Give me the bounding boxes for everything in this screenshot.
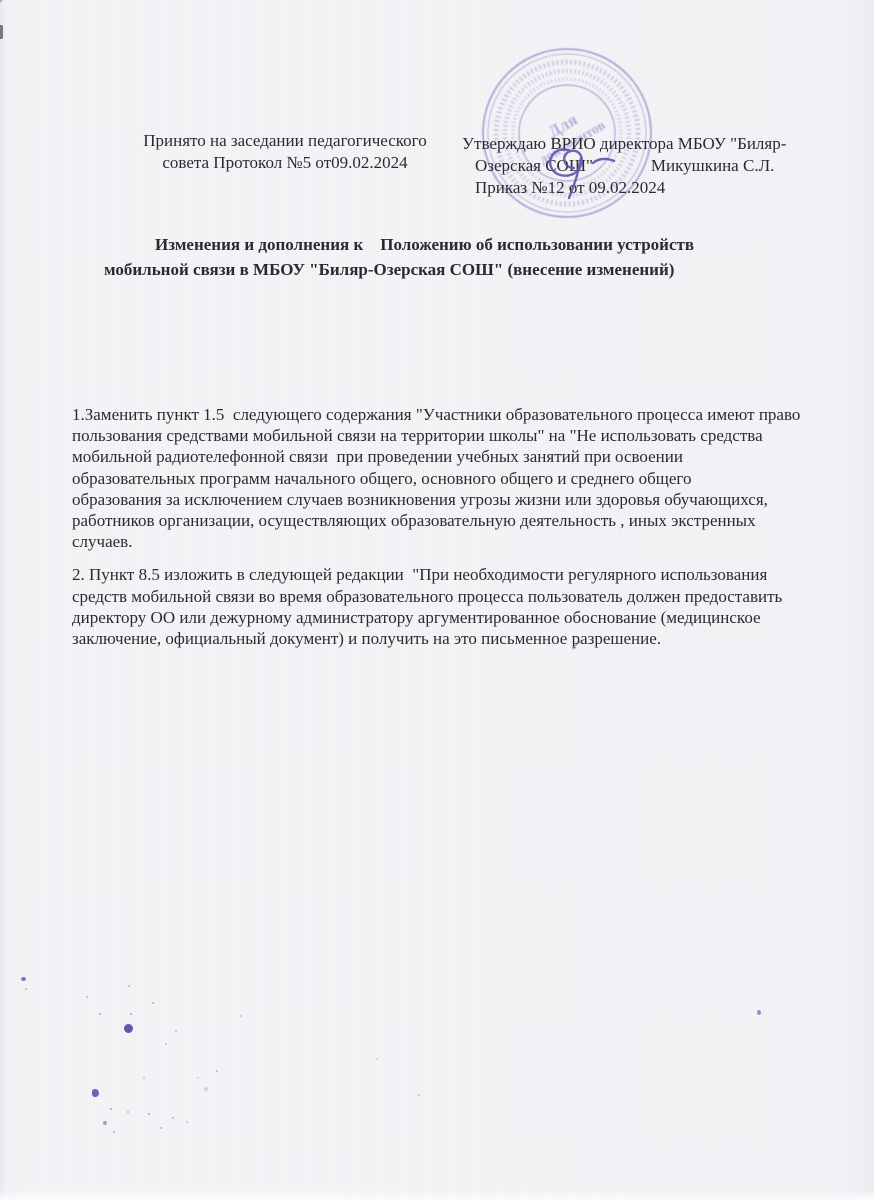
director-signature-icon bbox=[541, 144, 643, 202]
paragraph2-line: заключение, официальный документ) и полу… bbox=[72, 628, 828, 649]
paragraph1-line: работников организации, осуществляющих о… bbox=[72, 510, 828, 531]
paragraph-1: 1.Заменить пункт 1.5 следующего содержан… bbox=[72, 404, 828, 552]
paragraph-2: 2. Пункт 8.5 изложить в следующей редакц… bbox=[72, 564, 828, 649]
document-body: 1.Заменить пункт 1.5 следующего содержан… bbox=[72, 404, 828, 649]
approval-block: Утверждаю ВРИО директора МБОУ "Биляр- Оз… bbox=[462, 133, 852, 199]
ink-blot bbox=[757, 1010, 761, 1015]
adopted-block: Принято на заседании педагогического сов… bbox=[124, 130, 446, 174]
paragraph1-line: случаев. bbox=[72, 531, 828, 552]
paragraph2-line: директору ОО или дежурному администратор… bbox=[72, 607, 828, 628]
paragraph1-line: 1.Заменить пункт 1.5 следующего содержан… bbox=[72, 404, 828, 425]
title-line-2: мобильной связи в МБОУ "Биляр-Озерская С… bbox=[104, 257, 744, 282]
title-line-1: Изменения и дополнения к Положению об ис… bbox=[155, 232, 744, 257]
ink-blot bbox=[21, 977, 26, 981]
pencil-mark bbox=[572, 641, 584, 651]
director-name: Микушкина С.Л. bbox=[651, 156, 774, 175]
adopted-line-1: Принято на заседании педагогического bbox=[124, 130, 446, 152]
order-line: Приказ №12 от 09.02.2024 bbox=[462, 177, 852, 199]
ink-blot bbox=[124, 1024, 133, 1033]
paragraph1-line: образования за исключением случаев возни… bbox=[72, 489, 828, 510]
paragraph1-line: пользования средствами мобильной связи н… bbox=[72, 425, 828, 446]
adopted-line-2: совета Протокол №5 от09.02.2024 bbox=[124, 152, 446, 174]
scan-edge-mark bbox=[0, 25, 3, 39]
scanned-document-page: Для документов Принято на заседании педа… bbox=[0, 0, 874, 1200]
paragraph2-line: средств мобильной связи во время образов… bbox=[72, 586, 828, 607]
approval-line-1: Утверждаю ВРИО директора МБОУ "Биляр- bbox=[462, 133, 852, 155]
paragraph2-line: 2. Пункт 8.5 изложить в следующей редакц… bbox=[72, 564, 828, 585]
approval-line-2: Озерская СОШ"Микушкина С.Л. bbox=[462, 155, 852, 177]
document-title: Изменения и дополнения к Положению об ис… bbox=[104, 232, 744, 282]
paragraph1-line: образовательных программ начального обще… bbox=[72, 468, 828, 489]
ink-speckles bbox=[0, 0, 2, 2]
ink-blot bbox=[92, 1089, 99, 1097]
paragraph1-line: мобильной радиотелефонной связи при пров… bbox=[72, 446, 828, 467]
